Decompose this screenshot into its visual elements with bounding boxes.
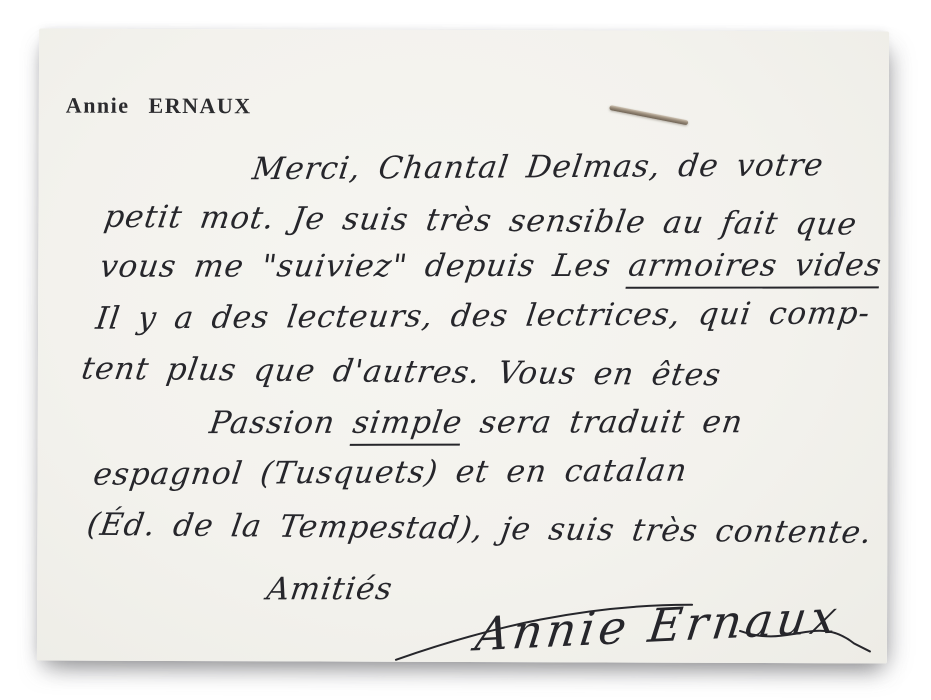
signature: Annie Ernaux: [392, 580, 877, 667]
letter-card: Annie ERNAUX Merci, Chantal Delmas, de v…: [37, 29, 889, 664]
handwritten-line: vous me "suiviez" depuis Les armoires vi…: [98, 247, 884, 284]
letterhead-name: Annie ERNAUX: [66, 93, 252, 120]
handwritten-line: espagnol (Tusquets) et en catalan: [91, 453, 690, 493]
underlined-book-title: simple: [350, 405, 465, 446]
line-text: espagnol (Tusquets) et en catalan: [91, 453, 690, 493]
handwritten-line: tent plus que d'autres. Vous en êtes: [79, 351, 724, 394]
line-text: (Éd. de la Tempestad), je suis très cont…: [85, 507, 875, 551]
line-text: petit mot. Je suis très sensible au fait…: [102, 199, 860, 243]
line-text: Amitiés: [265, 571, 395, 607]
handwritten-line: Passion simple sera traduit en: [207, 404, 745, 441]
line-text: Passion: [207, 405, 355, 441]
handwritten-line: (Éd. de la Tempestad), je suis très cont…: [85, 507, 875, 551]
signature-flourish-icon: Annie Ernaux: [392, 580, 877, 667]
underlined-book-title: armoires vides: [626, 247, 885, 288]
photo-background: Annie ERNAUX Merci, Chantal Delmas, de v…: [0, 0, 931, 700]
staple-icon: [609, 105, 688, 125]
line-text: Il y a des lecteurs, des lectrices, qui …: [94, 295, 873, 336]
handwritten-line: Il y a des lecteurs, des lectrices, qui …: [94, 295, 873, 336]
handwritten-line: petit mot. Je suis très sensible au fait…: [102, 199, 860, 243]
line-text: sera traduit en: [460, 404, 746, 440]
closing-line: Amitiés: [265, 571, 395, 607]
line-text: Merci, Chantal Delmas, de votre: [250, 147, 826, 187]
line-text: vous me "suiviez" depuis Les: [98, 248, 632, 285]
line-text: tent plus que d'autres. Vous en êtes: [79, 351, 724, 394]
signature-name: Annie Ernaux: [468, 590, 843, 662]
handwritten-line: Merci, Chantal Delmas, de votre: [250, 147, 826, 187]
